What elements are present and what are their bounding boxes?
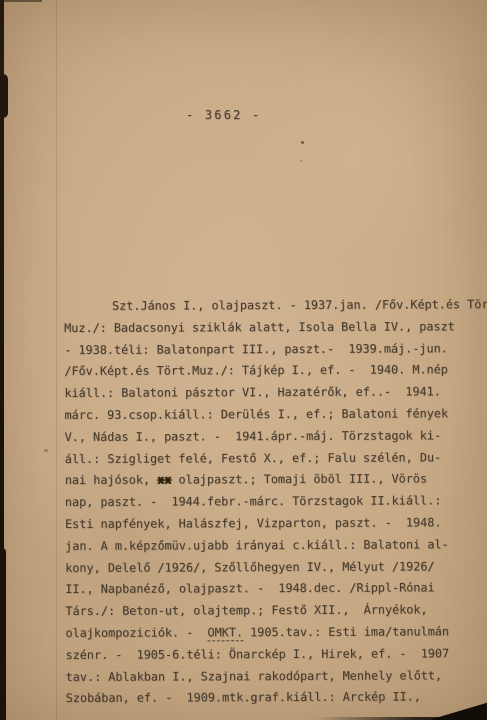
page-number: - 3662 - <box>186 108 261 122</box>
overstruck-word: xx <box>157 473 171 487</box>
text-line: márc. 93.csop.kiáll.: Derülés I., ef.; B… <box>64 403 487 427</box>
text-line: szénr. - 1905-6.téli: Önarckép I., Hirek… <box>66 643 487 667</box>
paper-speck <box>301 141 304 144</box>
text-line: jan. A m.képzőmüv.ujabb irányai c.kiáll.… <box>65 534 487 558</box>
paper-speck <box>44 449 48 452</box>
text-line: Muz./: Badacsonyi sziklák alatt, Isola B… <box>64 316 487 340</box>
paper-crease <box>56 0 57 720</box>
text-line: - 1938.téli: Balatonpart III., paszt.- 1… <box>64 338 487 362</box>
scan-edge-blob <box>0 548 6 720</box>
text-line: Szt.János I., olajpaszt. - 1937.jan. /Fő… <box>64 294 487 318</box>
text-line: Társ./: Beton-ut, olajtemp.; Festő XII.,… <box>65 599 487 623</box>
scan-edge-blob <box>0 74 8 118</box>
text-line: /Főv.Képt.és Tört.Muz./: Tájkép I., ef. … <box>64 360 487 384</box>
paper-speck <box>300 160 302 162</box>
text-line: nai hajósok, xx olajpaszt.; Tomaji öböl … <box>65 468 487 492</box>
typewritten-text: Szt.János I., olajpaszt. - 1937.jan. /Fő… <box>64 294 487 710</box>
text-line: nap, paszt. - 1944.febr.-márc. Törzstago… <box>65 490 487 514</box>
text-line: kony, Delelő /1926/, Szőllőhegyen IV., M… <box>65 556 487 580</box>
underlined-word: OMKT. <box>207 625 243 642</box>
text-line: olajkompoziciók. - OMKT. 1905.tav.: Esti… <box>65 621 487 645</box>
text-line: II., Napbanéző, olajpaszt. - 1948.dec. /… <box>65 577 487 601</box>
scan-edge-top <box>0 0 42 2</box>
text-line: Szobában, ef. - 1909.mtk.graf.kiáll.: Ar… <box>66 686 487 710</box>
scanned-page: - 3662 - Szt.János I., olajpaszt. - 1937… <box>0 0 487 720</box>
text-line: Esti napfények, Halászfej, Vizparton, pa… <box>65 512 487 536</box>
text-line: kiáll.: Balatoni pásztor VI., Hazatérők,… <box>64 381 487 405</box>
text-line: áll.: Szigliget felé, Festő X., ef.; Fal… <box>65 447 487 471</box>
text-line: tav.: Ablakban I., Szajnai rakodópart, M… <box>66 665 487 689</box>
text-line: V., Nádas I., paszt. - 1941.ápr.-máj. Tö… <box>65 425 487 449</box>
paper-mottle <box>250 40 480 260</box>
